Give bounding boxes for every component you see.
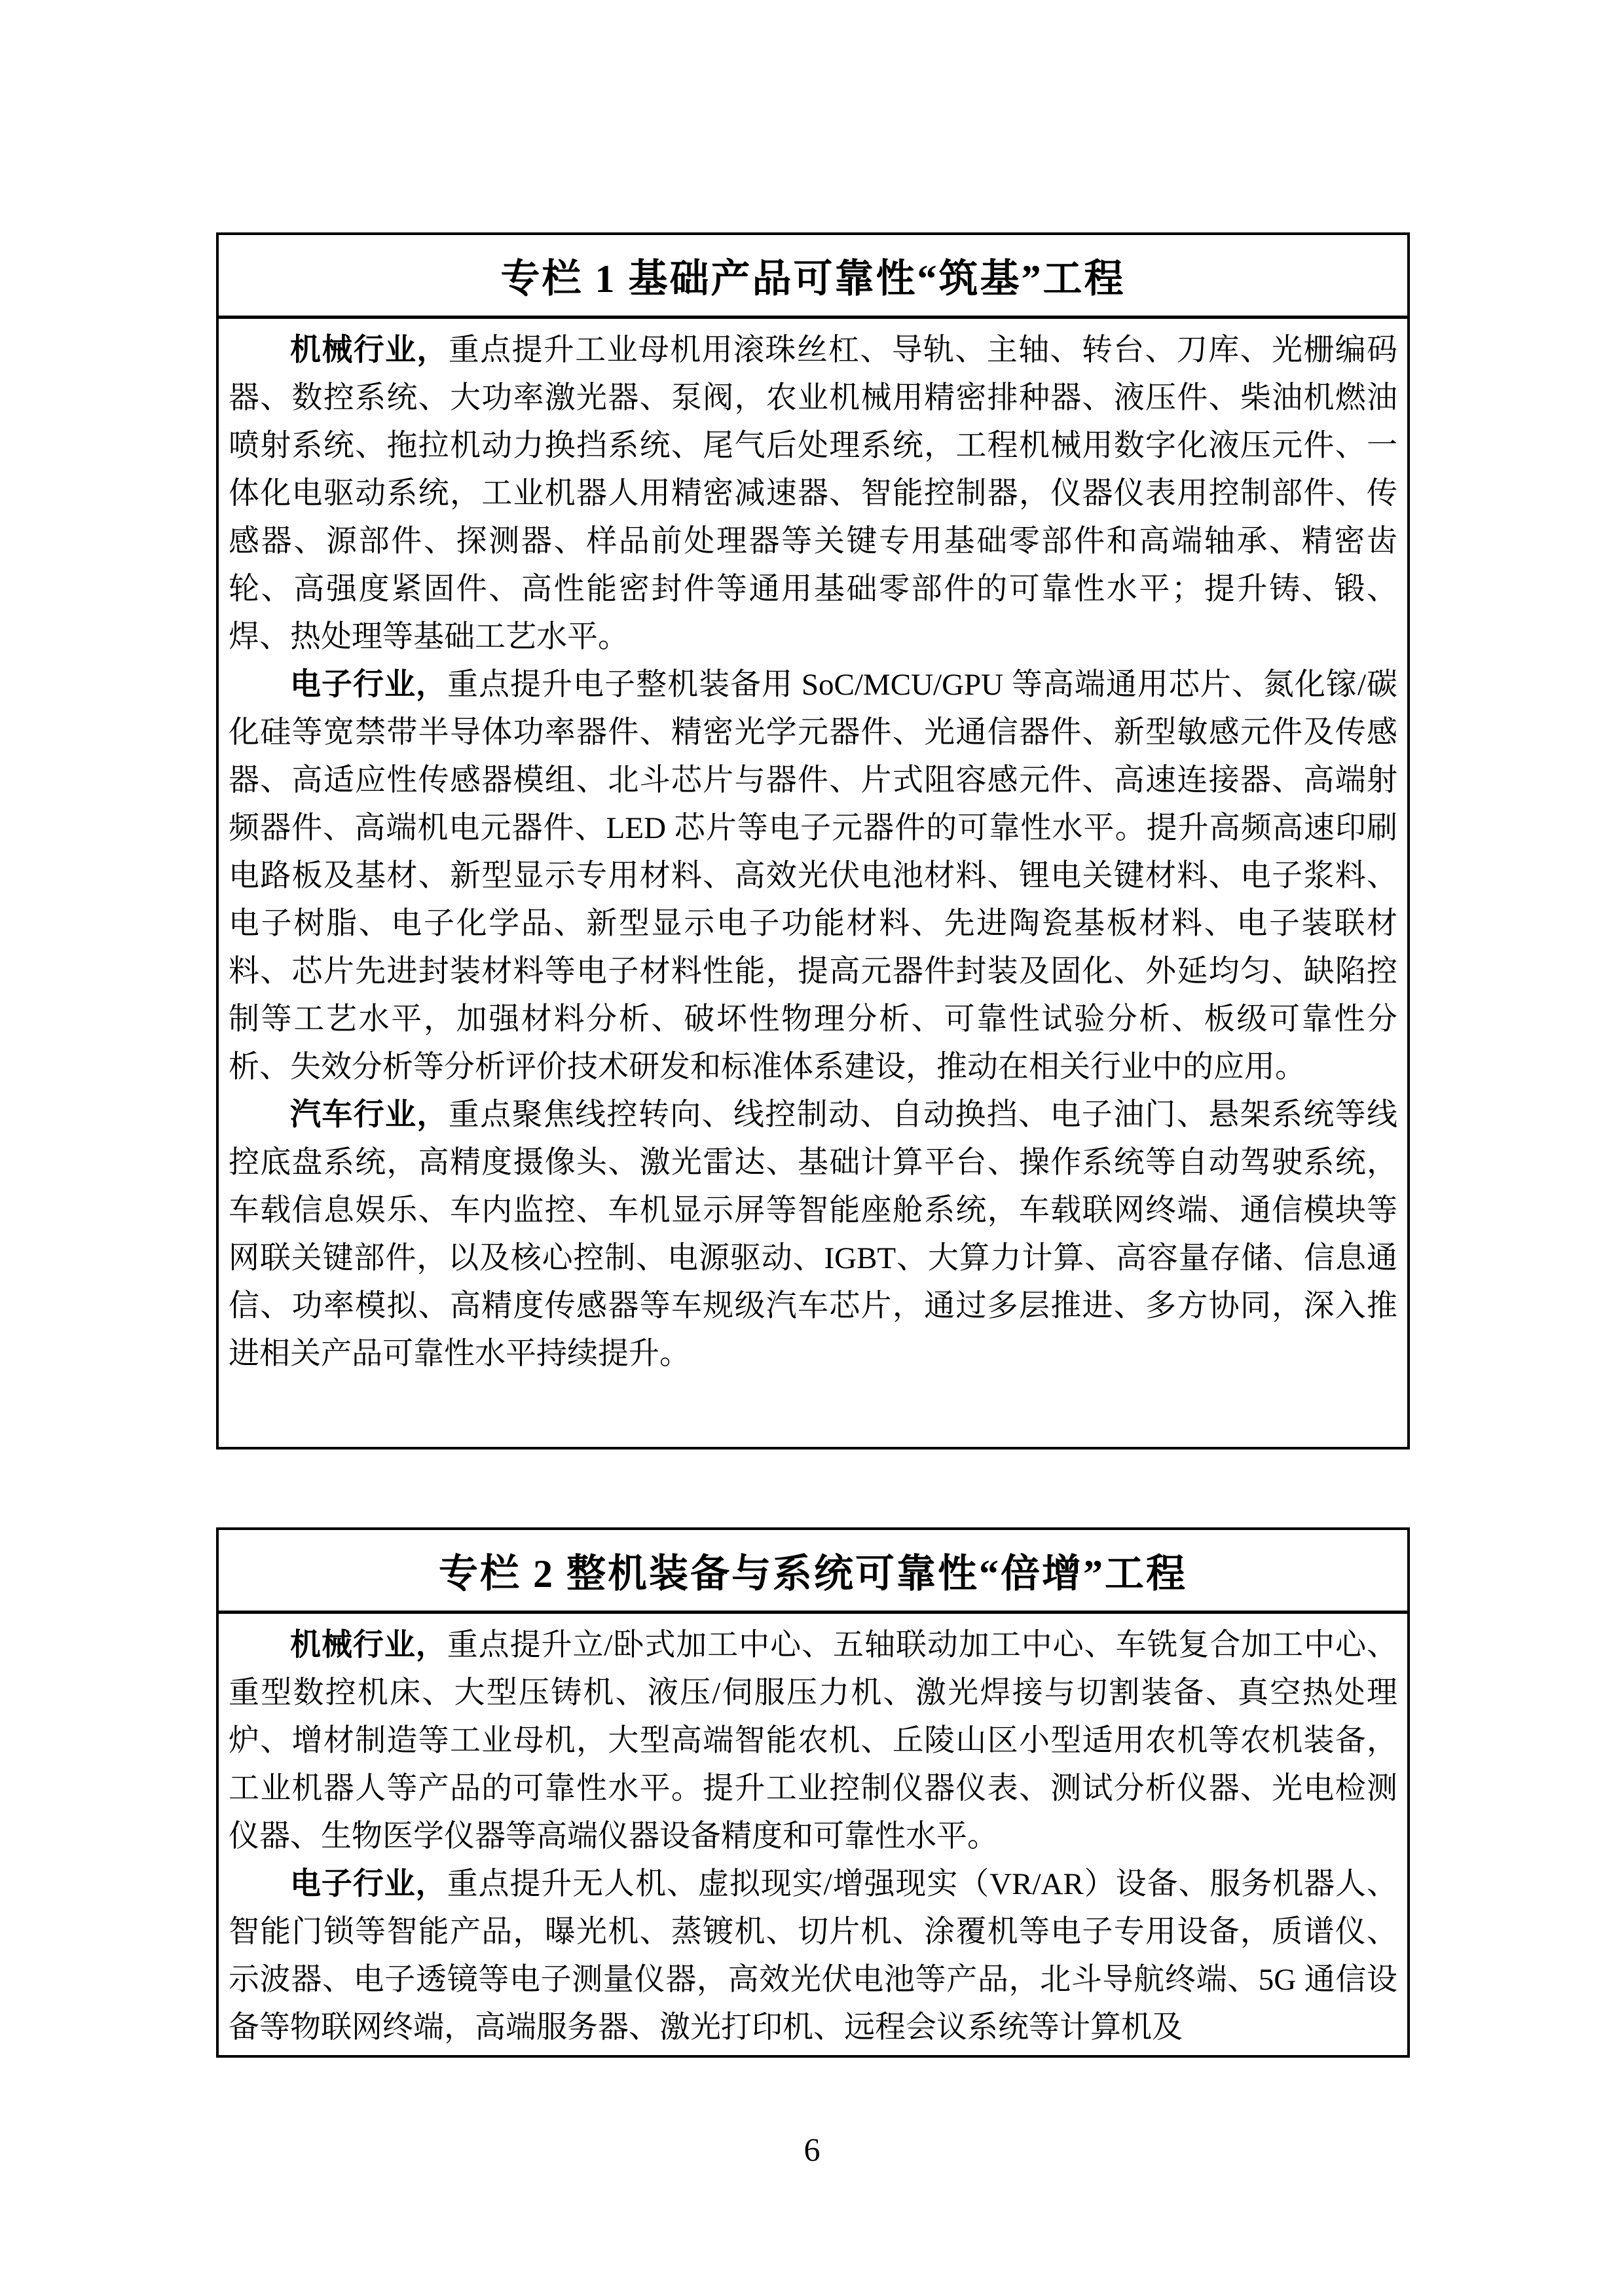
- paragraph: 机械行业，重点提升立/卧式加工中心、五轴联动加工中心、车铣复合加工中心、重型数控…: [229, 1622, 1397, 1861]
- paragraph-lead: 电子行业，: [290, 1867, 447, 1901]
- paragraph: 机械行业，重点提升工业母机用滚珠丝杠、导轨、主轴、转台、刀库、光栅编码器、数控系…: [229, 327, 1397, 661]
- page-number: 6: [0, 2133, 1624, 2166]
- panel-title: 专栏 2 整机装备与系统可靠性“倍增”工程: [219, 1530, 1407, 1614]
- panel-body: 机械行业，重点提升工业母机用滚珠丝杠、导轨、主轴、转台、刀库、光栅编码器、数控系…: [219, 319, 1407, 1378]
- paragraph: 电子行业，重点提升电子整机装备用 SoC/MCU/GPU 等高端通用芯片、氮化镓…: [229, 661, 1397, 1091]
- paragraph: 汽车行业，重点聚焦线控转向、线控制动、自动换挡、电子油门、悬架系统等线控底盘系统…: [229, 1091, 1397, 1378]
- paragraph-text: 重点聚焦线控转向、线控制动、自动换挡、电子油门、悬架系统等线控底盘系统，高精度摄…: [229, 1098, 1397, 1371]
- column-box-1: 专栏 1 基础产品可靠性“筑基”工程 机械行业，重点提升工业母机用滚珠丝杠、导轨…: [216, 232, 1410, 1449]
- paragraph-text: 重点提升工业母机用滚珠丝杠、导轨、主轴、转台、刀库、光栅编码器、数控系统、大功率…: [229, 333, 1397, 654]
- paragraph-lead: 机械行业，: [290, 333, 449, 367]
- paragraph-lead: 电子行业，: [290, 668, 447, 702]
- paragraph-lead: 汽车行业，: [290, 1098, 449, 1132]
- panel-body: 机械行业，重点提升立/卧式加工中心、五轴联动加工中心、车铣复合加工中心、重型数控…: [219, 1614, 1407, 2052]
- document-page: 专栏 1 基础产品可靠性“筑基”工程 机械行业，重点提升工业母机用滚珠丝杠、导轨…: [0, 0, 1624, 2296]
- paragraph-text: 重点提升电子整机装备用 SoC/MCU/GPU 等高端通用芯片、氮化镓/碳化硅等…: [229, 668, 1397, 1084]
- column-box-2: 专栏 2 整机装备与系统可靠性“倍增”工程 机械行业，重点提升立/卧式加工中心、…: [216, 1527, 1410, 2058]
- paragraph: 电子行业，重点提升无人机、虚拟现实/增强现实（VR/AR）设备、服务机器人、智能…: [229, 1861, 1397, 2052]
- panel-title: 专栏 1 基础产品可靠性“筑基”工程: [219, 235, 1407, 319]
- paragraph-lead: 机械行业，: [290, 1628, 447, 1662]
